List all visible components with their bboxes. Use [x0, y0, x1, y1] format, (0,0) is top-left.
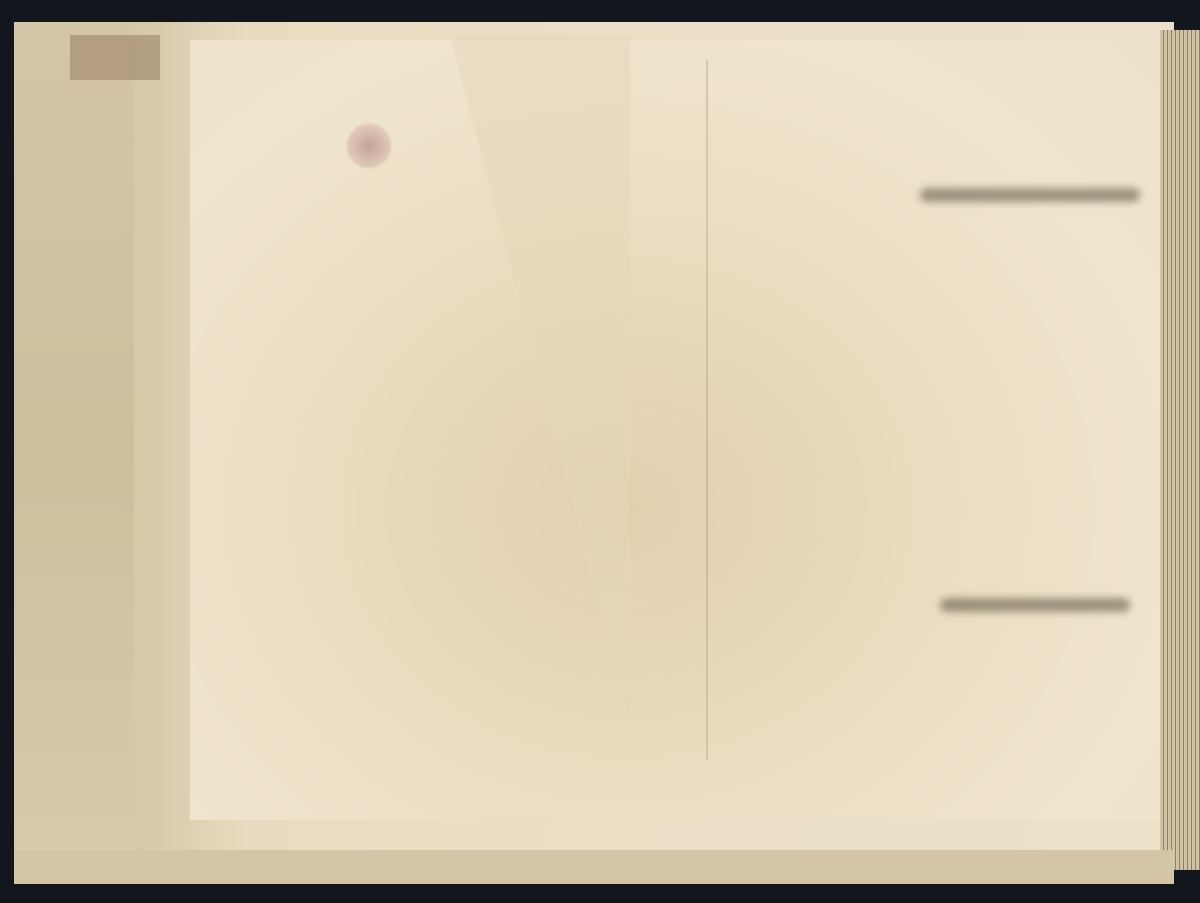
- dark-patch: [70, 35, 160, 80]
- folded-flap: [450, 35, 630, 725]
- smudge-top: [920, 188, 1140, 202]
- left-torn-strip: [14, 22, 134, 882]
- red-stain: [345, 122, 393, 170]
- paper-sheet: [190, 40, 1160, 820]
- smudge-bottom: [940, 598, 1130, 612]
- bottom-edge: [14, 850, 1174, 884]
- page-edges: [1160, 30, 1200, 870]
- vertical-crease: [706, 60, 708, 760]
